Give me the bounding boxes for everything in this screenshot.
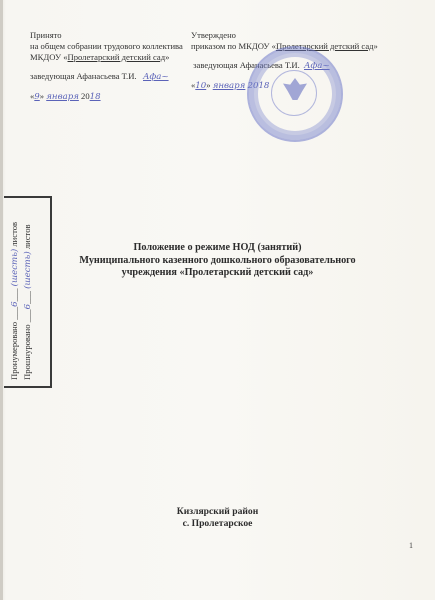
laced-line: Прошнуровано ___6___ (шесть) листов <box>21 200 34 380</box>
numbered-label: Пронумеровано <box>9 322 19 380</box>
accepted-date: «9» января 2018 <box>30 91 183 103</box>
document-footer: Кизлярский район с. Пролетарское <box>0 506 435 530</box>
accepted-signer: заведующая Афанасьева Т.И. <box>30 71 137 81</box>
approved-heading: Утверждено <box>191 30 378 41</box>
footer-village: с. Пролетарское <box>0 518 435 530</box>
page-number: 1 <box>409 541 413 550</box>
accepted-org-suffix: » <box>165 52 169 62</box>
accepted-block: Принято на общем собрании трудового колл… <box>30 30 183 103</box>
accepted-org-name: Пролетарский детский сад <box>68 52 166 62</box>
accepted-date-year-suffix: 18 <box>90 92 101 102</box>
document-title: Положение о режиме НОД (занятий) Муницип… <box>0 242 435 280</box>
title-line1: Положение о режиме НОД (занятий) <box>0 242 435 255</box>
numbered-count: 6 <box>10 301 20 306</box>
date-close-quote: » <box>206 80 210 90</box>
official-seal-icon <box>247 46 343 142</box>
accepted-date-year-prefix: 20 <box>81 91 90 101</box>
binding-certification-text: Пронумеровано ___6___ (шесть) листов Про… <box>8 200 48 380</box>
accepted-signer-row: заведующая Афанасьева Т.И. Афа~ <box>30 71 183 83</box>
accepted-date-month: января <box>46 92 79 102</box>
approved-org-suffix: » <box>374 41 378 51</box>
title-line3: учреждения «Пролетарский детский сад» <box>0 267 435 280</box>
approved-org-prefix: приказом по МКДОУ « <box>191 41 276 51</box>
date-close-quote: » <box>40 91 44 101</box>
footer-district: Кизлярский район <box>0 506 435 518</box>
numbered-line: Пронумеровано ___6___ (шесть) листов <box>8 200 21 380</box>
laced-label: Прошнуровано <box>22 324 32 380</box>
accepted-line2: МКДОУ «Пролетарский детский сад» <box>30 52 183 63</box>
accepted-org-prefix: МКДОУ « <box>30 52 68 62</box>
laced-count: 6 <box>23 304 33 309</box>
approved-date-month: января <box>213 81 246 91</box>
approved-date-day: 10 <box>195 81 206 91</box>
accepted-signature: Афа~ <box>143 72 169 82</box>
accepted-line1: на общем собрании трудового коллектива <box>30 41 183 52</box>
scanned-page: Принято на общем собрании трудового колл… <box>0 0 435 600</box>
title-line2: Муниципального казенного дошкольного обр… <box>0 255 435 268</box>
accepted-heading: Принято <box>30 30 183 41</box>
